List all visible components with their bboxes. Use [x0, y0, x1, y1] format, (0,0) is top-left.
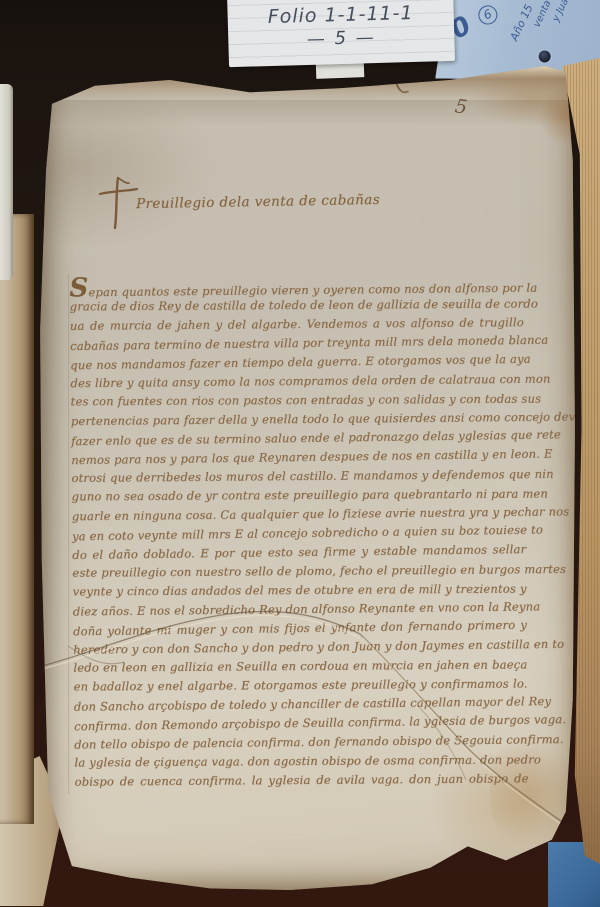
folio-label-note: Folio 1-1-11-1 — 5 —: [227, 0, 455, 67]
folio-label-number: — 5 —: [228, 25, 454, 52]
rubric-heading: Preuillegio dela venta de cabañas: [96, 174, 380, 232]
manuscript-line: obispo de cuenca confirma. la yglesia de…: [75, 769, 529, 791]
page-fold-shadow: [38, 100, 576, 126]
cross-icon: [96, 174, 140, 232]
rubric-heading-text: Preuillegio dela venta de cabañas: [136, 192, 380, 212]
slip-note-line: venta: [532, 0, 554, 29]
manuscript-page: 5 Preuillegio dela venta de cabañas Sepa…: [38, 66, 576, 890]
archive-photo: 5/ 0 6 Año 15 venta y Jua Folio 1-1-11-1…: [0, 0, 600, 907]
slip-note-line: y Jua: [551, 0, 571, 24]
punched-hole: [539, 50, 551, 62]
manuscript-text-block: Sepan quantos este preuillegio vieren y …: [69, 275, 528, 793]
slip-circled-digit: 6: [475, 2, 500, 27]
stain: [243, 72, 287, 84]
page-stack-left-edge: [0, 214, 34, 824]
previous-page-edge: [0, 84, 13, 280]
margin-ruling-line: [68, 274, 69, 794]
